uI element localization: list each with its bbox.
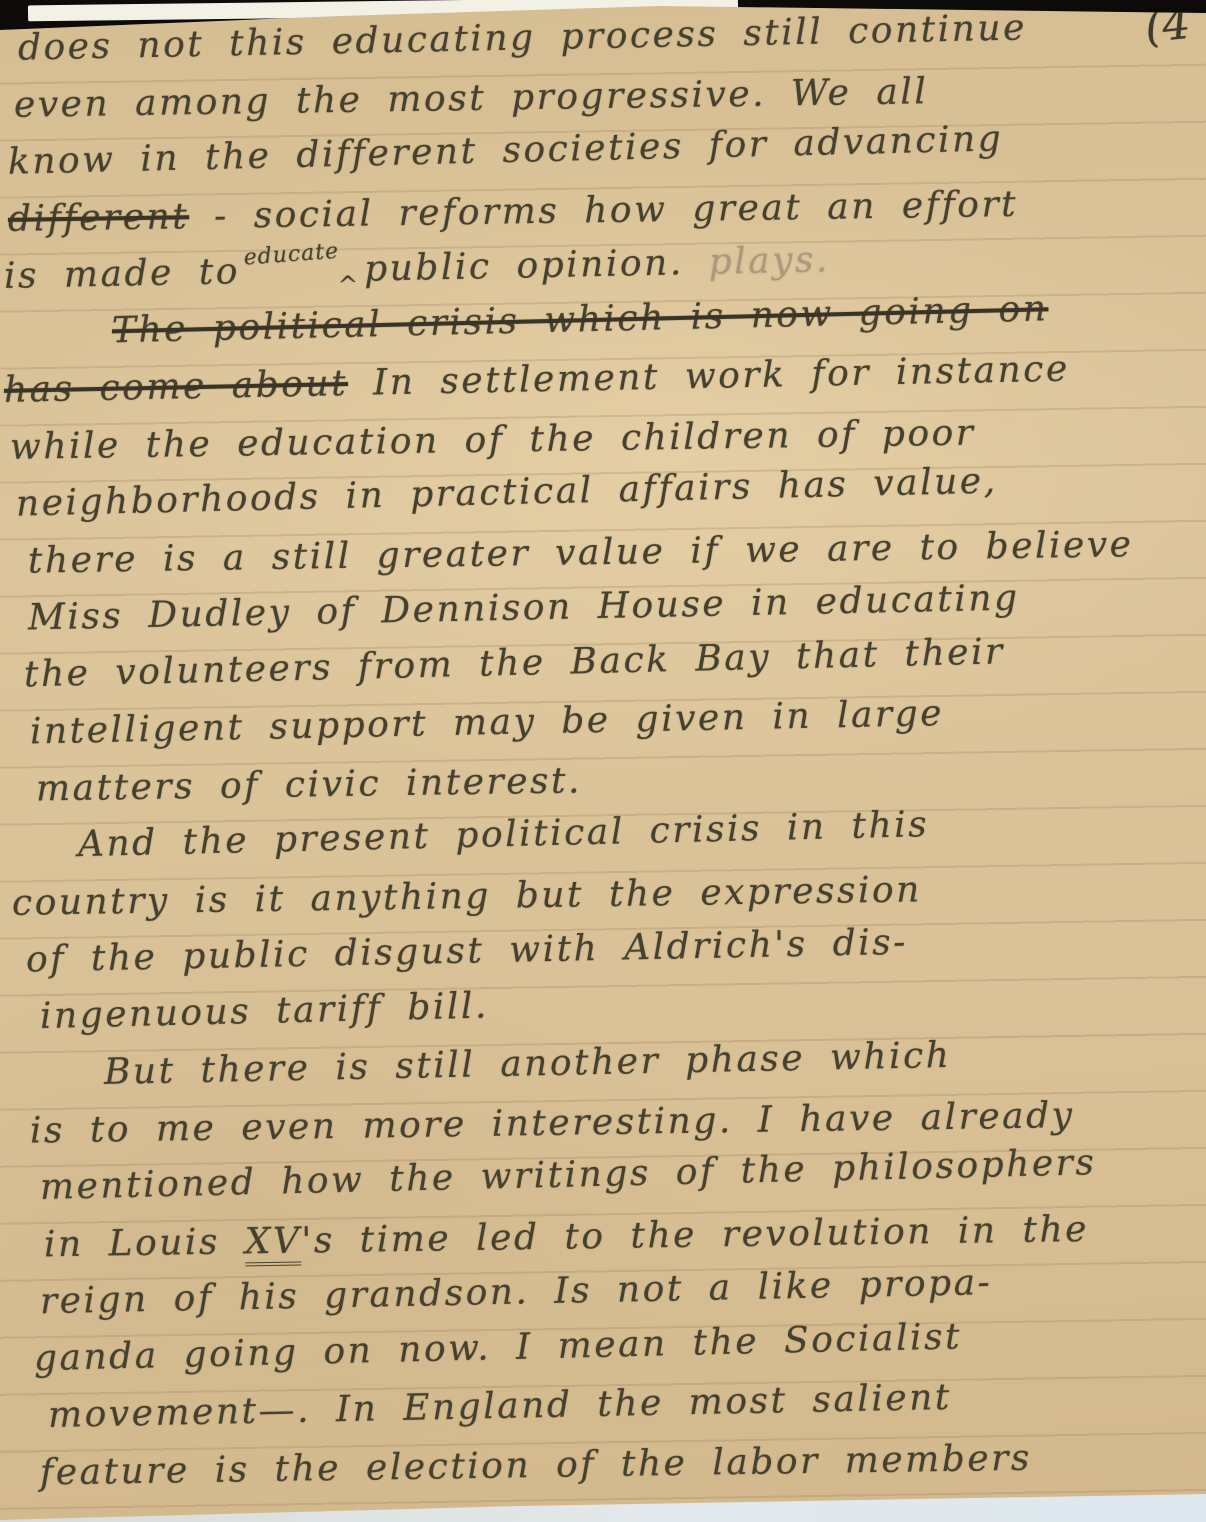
handwritten-text: matters of civic interest. [36, 760, 582, 809]
handwritten-text: ingenuous tariff bill. [40, 985, 490, 1037]
handwritten-text: But there is still another phase which [104, 1035, 952, 1093]
scanned-manuscript: { "page": { "number": "(4" }, "colors": … [0, 0, 1206, 1522]
underlined-text: XV [245, 1221, 302, 1267]
handwritten-text: in Louis [44, 1221, 245, 1265]
handwritten-text: And the present political crisis in this [77, 804, 929, 865]
struck-out-text: has come about [4, 363, 349, 411]
handwritten-text: public opinion. [364, 242, 684, 289]
manuscript-page: (4 does not this educating process still… [0, 0, 1206, 1522]
inserted-text-above-line: educate [244, 252, 339, 259]
handwritten-text: intelligent support may be given in larg… [30, 693, 945, 752]
faint-pencil-text: plays. [683, 239, 830, 283]
handwritten-text: is made to [4, 251, 241, 297]
handwritten-text: movement—. In England the most salient [48, 1377, 953, 1436]
manuscript-lines: does not this educating process still co… [0, 20, 1206, 1502]
struck-out-text: different [8, 196, 190, 240]
handwritten-text: In settlement work for instance [348, 349, 1070, 404]
handwritten-text: feature is the election of the labor mem… [40, 1438, 1032, 1494]
